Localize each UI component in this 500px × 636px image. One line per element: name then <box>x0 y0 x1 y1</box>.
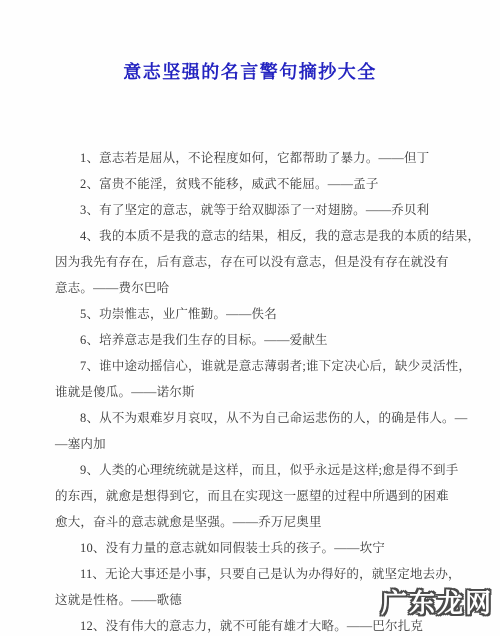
text-line: 5、功崇惟志，业广惟勤。——佚名 <box>55 301 459 327</box>
watermark: 广东龙网 <box>381 588 493 618</box>
text-line: 9、人类的心理统统就是这样，而且，似乎永远是这样;愈是得不到手 <box>55 457 459 483</box>
text-line: —塞内加 <box>55 431 459 457</box>
text-line: 愈大，奋斗的意志就愈是坚强。——乔万尼奥里 <box>55 509 459 535</box>
text-line: 6、培养意志是我们生存的目标。——爱献生 <box>55 327 459 353</box>
page-title: 意志坚强的名言警句摘抄大全 <box>0 61 500 83</box>
text-line: 因为我先有存在，后有意志，存在可以没有意志，但是没有存在就没有 <box>55 249 459 275</box>
text-line: 1、意志若是屈从，不论程度如何，它都帮助了暴力。——但丁 <box>55 145 459 171</box>
text-line: 10、没有力量的意志就如同假装士兵的孩子。——坎宁 <box>55 535 459 561</box>
quote-lines: 1、意志若是屈从，不论程度如何，它都帮助了暴力。——但丁2、富贵不能淫，贫贱不能… <box>55 145 459 636</box>
text-line: 7、谁中途动摇信心，谁就是意志薄弱者;谁下定决心后，缺少灵活性， <box>55 353 459 379</box>
text-line: 谁就是傻瓜。——诺尔斯 <box>55 379 459 405</box>
document-page: 意志坚强的名言警句摘抄大全 1、意志若是屈从，不论程度如何，它都帮助了暴力。——… <box>0 0 500 636</box>
text-line: 的东西，就愈是想得到它，而且在实现这一愿望的过程中所遇到的困难 <box>55 483 459 509</box>
text-line: 2、富贵不能淫，贫贱不能移，威武不能屈。——孟子 <box>55 171 459 197</box>
text-line: 4、我的本质不是我的意志的结果，相反，我的意志是我的本质的结果， <box>55 223 459 249</box>
text-line: 8、从不为艰难岁月哀叹，从不为自己命运悲伤的人，的确是伟人。— <box>55 405 459 431</box>
text-line: 3、有了坚定的意志，就等于给双脚添了一对翅膀。——乔贝利 <box>55 197 459 223</box>
text-line: 11、无论大事还是小事，只要自己是认为办得好的，就坚定地去办， <box>55 561 459 587</box>
text-line: 意志。——费尔巴哈 <box>55 275 459 301</box>
